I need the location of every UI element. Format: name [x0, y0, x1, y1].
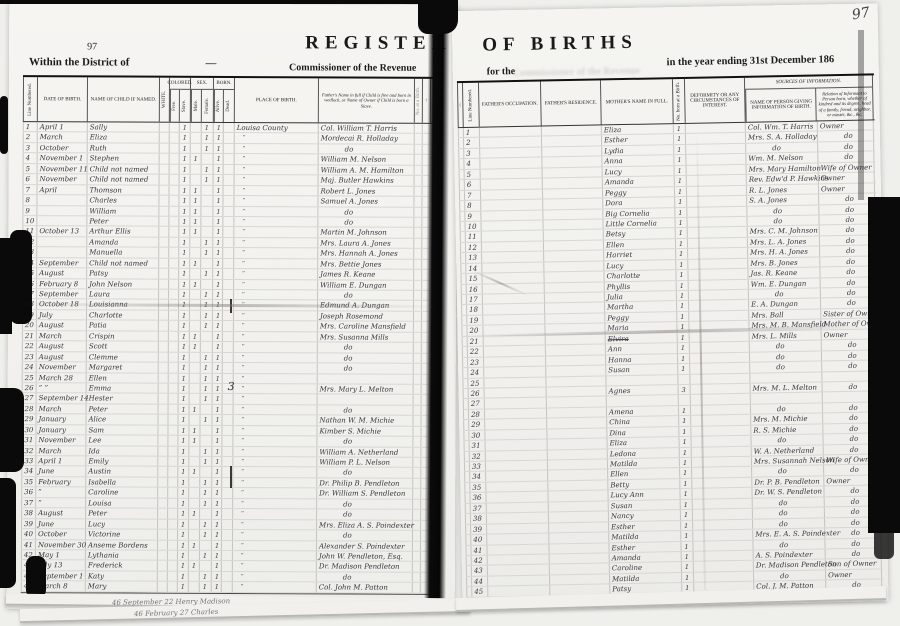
cell-father-residence [548, 449, 608, 460]
cell-colored-free [168, 478, 178, 487]
cell-father-name: Mrs. Hannah A. Jones [318, 249, 414, 259]
cell-born-dead [224, 165, 235, 174]
scan-edge-left-3 [0, 238, 12, 334]
cell-place-of-birth: ” [233, 541, 317, 551]
cell-relation: do [819, 193, 875, 203]
cell-father-occupation [485, 387, 547, 398]
district-value: — [205, 56, 217, 70]
cell-place-of-birth: ” [233, 415, 317, 425]
cell-colored-free [169, 196, 179, 205]
cell-place-of-birth: ” [233, 436, 317, 446]
cell-father-occupation [482, 262, 544, 273]
cell-number-at-birth: 1 [679, 437, 691, 447]
cell-sex-male: 1 [189, 540, 200, 549]
cell-sex-male [191, 144, 202, 153]
cell-child-name: Amanda [87, 237, 159, 247]
cell-deformity [687, 206, 747, 217]
cell-line-number: 40 [471, 535, 487, 545]
cell-sex-female [200, 540, 212, 549]
cell-margin-1 [413, 447, 421, 456]
cell-father-residence [545, 282, 605, 293]
cell-child-name: Lee [86, 435, 158, 445]
cell-sex-female: 1 [201, 238, 213, 247]
col-bracket-label: ( [459, 103, 461, 108]
cell-informant: Mrs. L. Mills [750, 330, 822, 341]
cell-sex-female: 1 [200, 457, 212, 466]
cell-mother-name: Julia [605, 291, 677, 302]
cell-number-at-birth: 1 [680, 458, 692, 468]
cell-father-name: do [317, 510, 413, 520]
cell-sex-male [189, 582, 200, 591]
cell-father-occupation [481, 179, 543, 190]
register-right-page: OF BIRTHS for the in the year ending 31s… [452, 3, 889, 609]
cell-informant: do [750, 361, 822, 372]
cell-margin-1 [414, 239, 422, 248]
cell-place-of-birth: ” [234, 227, 318, 237]
cell-father-residence [548, 480, 608, 491]
cell-father-residence [544, 272, 604, 283]
cell-sex-male [189, 415, 200, 424]
cell-father-name: Martin M. Johnson [318, 228, 414, 238]
cell-born-dead [223, 196, 234, 205]
cell-child-name: Ellen [87, 373, 159, 383]
cell-born-alive: 1 [213, 394, 223, 403]
cell-father-residence [543, 219, 603, 230]
cell-colored-free [169, 269, 179, 278]
cell-sex-female: 1 [202, 165, 214, 174]
cell-born-alive: 1 [213, 321, 223, 330]
cell-white [158, 551, 168, 560]
cell-father-residence [546, 355, 606, 366]
col-father-name: Father's Name in full if Child is free a… [319, 78, 415, 122]
cell-colored-slave: 1 [178, 509, 189, 518]
cell-colored-free [169, 279, 179, 288]
col-born-alive: Alive. [214, 90, 224, 122]
col-female-label: Female. [205, 98, 210, 114]
cell-mother-name: Lucy Ann [608, 489, 680, 500]
col-residence-label: FATHER'S RESIDENCE. [545, 100, 597, 106]
cell-deformity [688, 248, 748, 259]
cell-father-occupation [485, 408, 547, 419]
cell-date-of-birth: ” ” [37, 383, 87, 393]
cell-father-name: do [318, 405, 414, 415]
cell-informant: do [751, 435, 823, 446]
cell-white [159, 227, 169, 236]
cell-father-residence [544, 240, 604, 251]
cell-number-at-birth [679, 395, 691, 405]
cell-number-at-birth: 1 [680, 447, 692, 457]
cell-child-name: Mary [86, 582, 158, 592]
col-father-occupation: FATHER'S OCCUPATION. [479, 82, 542, 127]
cell-margin-1 [413, 479, 421, 488]
cell-father-occupation [480, 127, 542, 138]
cell-margin-1 [413, 468, 421, 477]
cell-father-occupation [487, 523, 549, 534]
cell-sex-male: 1 [189, 561, 200, 570]
cell-colored-free [170, 175, 180, 184]
cell-born-dead [223, 394, 234, 403]
cell-mother-name: Ellen [604, 239, 676, 250]
cell-line-number: 24 [468, 368, 484, 378]
cell-father-occupation [488, 554, 550, 565]
cell-number-at-birth: 1 [677, 312, 689, 322]
cell-line-number: 37 [471, 503, 487, 513]
cell-born-alive: 1 [214, 165, 224, 174]
cell-father-residence [547, 386, 607, 397]
cell-white [159, 311, 169, 320]
cell-line-number: 8 [465, 201, 481, 211]
cell-line-number: 35 [21, 477, 36, 487]
cell-informant: do [754, 570, 826, 581]
cell-number-at-birth: 1 [680, 468, 692, 478]
cell-born-dead [224, 175, 235, 184]
cell-father-residence [548, 459, 608, 470]
cell-father-residence [547, 428, 607, 439]
cell-mother-name: Martha [605, 302, 677, 313]
cell-line-number: 38 [21, 508, 36, 518]
cell-father-occupation [486, 492, 548, 503]
cell-father-residence [550, 553, 610, 564]
cell-sex-female [201, 342, 213, 351]
cell-child-name: Victorine [86, 529, 158, 539]
cell-line-number: 33 [470, 462, 486, 472]
cell-deformity [686, 154, 746, 165]
cell-line-number: 39 [471, 524, 487, 534]
cell-margin-1 [414, 406, 422, 415]
cell-sex-male [189, 572, 200, 581]
cell-child-name: Austin [86, 467, 158, 477]
cell-born-alive: 1 [213, 311, 223, 320]
cell-white [160, 144, 170, 153]
cell-mother-name: Harriet [604, 249, 676, 260]
cell-date-of-birth: August [37, 320, 87, 330]
cell-born-alive: 1 [213, 259, 223, 268]
cell-margin-1 [415, 176, 423, 185]
cell-line-number: 36 [470, 493, 486, 503]
cell-child-name: Arthur Ellis [87, 227, 159, 237]
cell-born-alive: 1 [213, 217, 223, 226]
cell-date-of-birth: June [36, 467, 86, 477]
cell-born-dead [222, 572, 233, 581]
cell-number-at-birth: 1 [682, 562, 694, 572]
cell-colored-free [168, 436, 178, 445]
cell-line-number: 29 [469, 420, 485, 430]
cell-born-alive: 1 [212, 582, 222, 591]
cell-child-name: Ruth [88, 143, 160, 153]
cell-sex-female: 1 [200, 551, 212, 560]
cell-born-dead [224, 144, 235, 153]
cell-father-name: Dr. Philip B. Pendleton [317, 478, 413, 488]
cell-white [159, 290, 169, 299]
col-father-residence: FATHER'S RESIDENCE. [541, 80, 602, 125]
cell-place-of-birth: ” [233, 572, 317, 582]
cell-father-residence [548, 470, 608, 481]
right-table-header: ( Line Numbered. FATHER'S OCCUPATION. FA… [457, 75, 875, 128]
cell-relation: do [818, 131, 874, 141]
cell-margin-1 [413, 489, 421, 498]
col-colored-free: Free. [170, 90, 180, 122]
cell-line-number: 13 [466, 253, 482, 263]
cell-sex-female [200, 509, 212, 518]
cell-mother-name: Betsy [604, 228, 676, 239]
cell-line-number: 22 [22, 341, 37, 351]
cell-margin-1 [415, 134, 423, 143]
cell-date-of-birth: November 11 [38, 164, 88, 174]
cell-father-name: William A. M. Hamilton [319, 165, 415, 175]
cell-colored-slave: 1 [179, 311, 190, 320]
cell-informant: A. S. Poindexter [754, 549, 826, 560]
cell-number-at-birth: 1 [677, 280, 689, 290]
cell-colored-free [170, 164, 180, 173]
cell-colored-slave: 1 [179, 227, 190, 236]
cell-child-name: Peter [87, 404, 159, 414]
printed-page-number: 97 [87, 41, 97, 52]
cell-sex-male [191, 175, 202, 184]
cell-informant: Mrs. E. A. S. Poindexter [753, 528, 825, 539]
cell-born-dead [223, 269, 234, 278]
cell-margin-1 [414, 270, 422, 279]
cell-date-of-birth: April [37, 185, 87, 195]
cell-mother-name: Susan [609, 500, 681, 511]
cell-father-occupation [486, 460, 548, 471]
cell-mother-name: Susan [606, 364, 678, 375]
cell-line-number: 2 [464, 138, 480, 148]
cell-colored-free [169, 311, 179, 320]
cell-born-alive: 1 [212, 572, 222, 581]
cell-mother-name: Ledona [608, 448, 680, 459]
cell-sex-female: 1 [200, 499, 212, 508]
spine-top-blob [418, 0, 458, 34]
cell-informant: do [752, 466, 824, 477]
cell-mother-name: Phyllis [605, 281, 677, 292]
cell-father-name: Alexander S. Poindexter [317, 541, 413, 551]
col-informant-label: NAME OF PERSON GIVING INFORMATION OF BIR… [747, 100, 815, 111]
cell-sex-female: 1 [201, 269, 213, 278]
cell-mother-name: Eliza [608, 437, 680, 448]
cell-colored-free [169, 185, 179, 194]
cell-father-name: Mrs. Laura A. Jones [318, 238, 414, 248]
col-born-label: BORN. [214, 78, 234, 90]
left-table-rows: 1April 1Sally111Louisa CountyCol. Willia… [21, 122, 439, 593]
cell-date-of-birth [37, 206, 87, 216]
cell-born-alive: 1 [213, 384, 223, 393]
cell-child-name: Ida [86, 446, 158, 456]
cell-child-name: Alice [86, 415, 158, 425]
cell-child-name: Lythania [86, 550, 158, 560]
cell-informant: do [750, 341, 822, 352]
scan-edge-left-2 [10, 230, 32, 324]
cell-colored-slave: 1 [179, 217, 190, 226]
cell-date-of-birth: April 1 [36, 456, 86, 466]
cell-sex-male [189, 478, 200, 487]
cell-colored-free [170, 154, 180, 163]
cell-margin-1 [413, 573, 421, 582]
cell-born-alive: 1 [213, 196, 223, 205]
cell-date-of-birth: November [38, 174, 88, 184]
cell-father-name: Col. William T. Harris [319, 123, 415, 133]
cell-child-name: Emily [86, 456, 158, 466]
col-date-label: DATE OF BIRTH. [44, 97, 82, 102]
cell-date-of-birth: February [36, 477, 86, 487]
cell-margin-1 [414, 186, 422, 195]
cell-margin-1 [414, 207, 422, 216]
cell-born-alive: 1 [213, 206, 223, 215]
cell-mother-name: Dina [607, 427, 679, 438]
cell-father-name: Dr. William S. Pendleton [317, 489, 413, 499]
cell-sex-male: 1 [190, 217, 201, 226]
cell-sex-female [200, 426, 212, 435]
cell-margin-1 [415, 124, 423, 133]
cell-line-number: 7 [465, 190, 481, 200]
cell-white [160, 123, 170, 132]
cell-line-number: 2 [23, 133, 38, 143]
cell-child-name: Child not named [88, 175, 160, 185]
cell-deformity [686, 123, 746, 134]
cell-place-of-birth: ” [234, 405, 318, 415]
cell-line-number: 12 [466, 242, 482, 252]
cell-white [159, 321, 169, 330]
cell-place-of-birth: ” [234, 238, 318, 248]
cell-father-name: William A. Netherland [317, 447, 413, 457]
cell-informant: Col. Wm. T. Harris [746, 121, 818, 132]
cell-line-number: 45 [472, 587, 488, 597]
cell-margin-1 [414, 343, 422, 352]
cell-deformity [688, 238, 748, 249]
table-row: 45March 8Mary111”Col. John M. Patton [21, 581, 437, 593]
cell-line-number: 30 [469, 430, 485, 440]
cell-margin-1 [414, 197, 422, 206]
cell-sex-male [190, 248, 201, 257]
col-number-at-birth: No. born at a Birth. [673, 79, 686, 123]
cell-informant: do [747, 205, 819, 216]
cell-line-number: 26 [22, 383, 37, 393]
cell-father-name: Mrs. Eliza A. S. Poindexter [317, 520, 413, 530]
cell-informant: do [746, 142, 818, 153]
cell-father-occupation [484, 356, 546, 367]
cell-line-number: 3 [464, 149, 480, 159]
cell-margin-1 [415, 145, 423, 154]
cell-place-of-birth: ” [233, 488, 317, 498]
cell-sex-male [190, 290, 201, 299]
col-white: WHITE. [160, 78, 170, 122]
cell-white [158, 478, 168, 487]
cell-father-name: do [318, 343, 414, 353]
cell-margin-1 [414, 228, 422, 237]
cell-sex-female: 1 [201, 352, 213, 361]
cell-white [158, 571, 168, 580]
cell-white [159, 269, 169, 278]
cell-line-number: 24 [22, 362, 37, 372]
cell-line-number: 26 [469, 389, 485, 399]
cell-mother-name [607, 395, 679, 406]
cell-informant: do [753, 518, 825, 529]
cell-informant: Mrs. Susannah Nelson [752, 455, 824, 466]
cell-father-name: do [317, 530, 413, 540]
cell-colored-slave: 1 [179, 248, 190, 257]
cell-colored-slave: 1 [179, 238, 190, 247]
cell-margin-1 [413, 426, 421, 435]
cell-line-number: 41 [471, 545, 487, 555]
col-line-number-label: Line Numbered. [28, 83, 33, 116]
cell-mother-name: Little Cornelia [603, 218, 675, 229]
cell-white [158, 509, 168, 518]
cell-date-of-birth: March [37, 404, 87, 414]
cell-colored-slave: 1 [178, 488, 189, 497]
cell-colored-free [168, 446, 178, 455]
cell-sex-male: 1 [189, 436, 200, 445]
cell-line-number: 38 [471, 514, 487, 524]
cell-father-residence [543, 167, 603, 178]
cell-father-name: do [317, 436, 413, 446]
cell-colored-slave: 1 [178, 467, 189, 476]
cell-father-name: Mrs. Bettie Jones [318, 259, 414, 269]
cell-line-number: 8 [22, 195, 37, 205]
cell-father-name: William P. L. Nelson [317, 457, 413, 467]
cell-sex-male [191, 123, 202, 132]
cell-colored-free [169, 321, 179, 330]
col-born-group: BORN. Alive. Dead. [214, 78, 235, 122]
margin-number-annotation: 3 [228, 382, 235, 392]
cell-child-name: Peter [86, 509, 158, 519]
cell-father-occupation [480, 158, 542, 169]
cell-informant: Mrs. Mary Hamilton [747, 163, 819, 174]
cell-sex-male: 1 [190, 196, 201, 205]
cell-sex-male [190, 269, 201, 278]
cell-line-number: 34 [470, 472, 486, 482]
cell-born-alive: 1 [212, 436, 222, 445]
cell-place-of-birth: ” [233, 478, 317, 488]
cell-line-number: 40 [21, 529, 36, 539]
cell-colored-free [168, 530, 178, 539]
cell-father-occupation [487, 502, 549, 513]
cell-child-name: Caroline [86, 488, 158, 498]
cell-father-occupation [481, 200, 543, 211]
cell-colored-free [168, 498, 178, 507]
cell-mother-name: Esther [609, 521, 681, 532]
cell-date-of-birth: August [37, 268, 87, 278]
cell-child-name: Eliza [88, 133, 160, 143]
cell-deformity [688, 258, 748, 269]
cell-date-of-birth: ” [36, 498, 86, 508]
cell-sex-female [201, 217, 213, 226]
cell-colored-slave: 1 [178, 425, 189, 434]
cell-father-occupation [484, 377, 546, 388]
cell-mother-name: Eliza [602, 124, 674, 135]
cell-father-occupation [483, 314, 545, 325]
cell-born-alive: 1 [213, 353, 223, 362]
cell-child-name: Clemme [87, 352, 159, 362]
cell-white [160, 175, 170, 184]
cell-sex-female [200, 436, 212, 445]
cell-white [158, 425, 168, 434]
cell-born-alive: 1 [212, 540, 222, 549]
cell-informant: Dr. W. S. Pendleton [752, 487, 824, 498]
cell-number-at-birth: 1 [675, 166, 687, 176]
cell-born-dead [223, 227, 234, 236]
cell-date-of-birth: October [38, 143, 88, 153]
cell-father-residence [545, 292, 605, 303]
cell-child-name: Isabella [86, 477, 158, 487]
cell-father-occupation [481, 210, 543, 221]
cell-sex-male [189, 519, 200, 528]
cell-father-occupation [481, 168, 543, 179]
cell-father-name: Kimber S. Michie [317, 426, 413, 436]
cell-colored-slave: 1 [178, 561, 189, 570]
cell-sex-male [190, 363, 201, 372]
cell-born-dead [224, 123, 235, 132]
cell-line-number: 5 [465, 169, 481, 179]
cell-child-name: Charles [87, 195, 159, 205]
